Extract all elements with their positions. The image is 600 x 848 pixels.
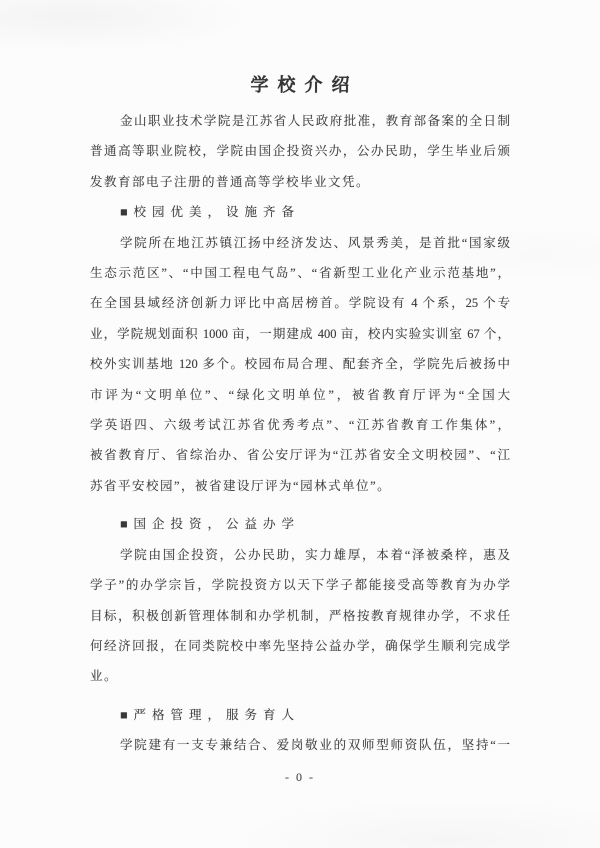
body-line: 业。 xyxy=(90,661,510,691)
body-line: 学院由国企投资，公办民助，实力雄厚，本着“泽被桑梓，惠及 xyxy=(90,540,510,570)
section-heading-investment: ■国企投资，公益办学 xyxy=(90,509,510,539)
body-line: 何经济回报，在同类院校中率先坚持公益办学，确保学生顺利完成学 xyxy=(90,631,510,661)
body-line: 学院建有一支专兼结合、爱岗敬业的双师型师资队伍，坚持“一 xyxy=(90,730,510,760)
document-body: 学校介绍 金山职业技术学院是江苏省人民政府批准，教育部备案的全日制 普通高等职业… xyxy=(0,0,600,787)
body-line: 生态示范区”、“中国工程电气岛”、“省新型工业化产业示范基地”， xyxy=(90,258,510,288)
body-line: 学院所在地江苏镇江扬中经济发达、风景秀美，是首批“国家级 xyxy=(90,228,510,258)
body-line: 目标，积极创新管理体制和办学机制，严格按教育规律办学，不求任 xyxy=(90,601,510,631)
body-line: 在全国县域经济创新力评比中高居榜首。学院设有 4 个系，25 个专 xyxy=(90,288,510,318)
body-line: 苏省平安校园”，被省建设厅评为“园林式单位”。 xyxy=(90,471,510,501)
body-line: 市评为“文明单位”、“绿化文明单位”，被省教育厅评为“全国大 xyxy=(90,380,510,410)
body-line: 学子”的办学宗旨，学院投资方以天下学子都能接受高等教育为办学 xyxy=(90,570,510,600)
intro-line: 金山职业技术学院是江苏省人民政府批准，教育部备案的全日制 xyxy=(90,106,510,136)
body-line: 业，学院规划面积 1000 亩，一期建成 400 亩，校内实验实训室 67 个， xyxy=(90,319,510,349)
body-line: 学英语四、六级考试江苏省优秀考点”、“江苏省教育工作集体”， xyxy=(90,410,510,440)
intro-line: 普通高等职业院校，学院由国企投资兴办，公办民助，学生毕业后颁 xyxy=(90,136,510,166)
intro-line: 发教育部电子注册的普通高等学校毕业文凭。 xyxy=(90,167,510,197)
page-number: - 0 - xyxy=(90,767,510,787)
page-title: 学校介绍 xyxy=(90,70,510,100)
body-line: 被省教育厅、省综治办、省公安厅评为“江苏省安全文明校园”、“江 xyxy=(90,440,510,470)
section-heading-campus: ■校园优美，设施齐备 xyxy=(90,197,510,227)
section-heading-management: ■严格管理，服务育人 xyxy=(90,700,510,730)
body-line: 校外实训基地 120 多个。校园布局合理、配套齐全，学院先后被扬中 xyxy=(90,349,510,379)
scanned-document-page: 学校介绍 金山职业技术学院是江苏省人民政府批准，教育部备案的全日制 普通高等职业… xyxy=(0,0,600,848)
